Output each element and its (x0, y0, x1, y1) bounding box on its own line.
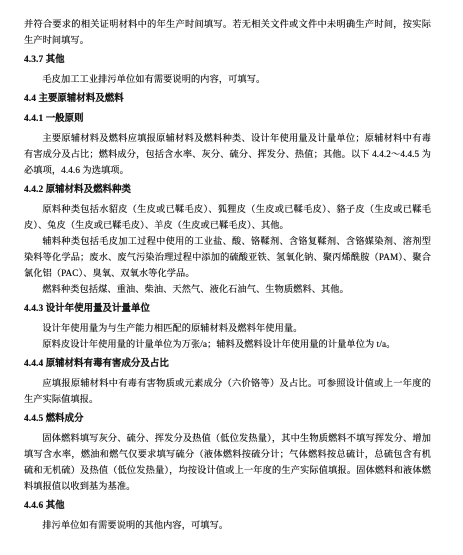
heading-4-4-3-annual-usage-units: 4.4.3 设计年使用量及计量单位 (24, 301, 431, 317)
heading-4-3-7-other: 4.3.7 其他 (24, 52, 431, 68)
heading-4-4-4-toxic-components: 4.4.4 原辅材料有毒有害成分及占比 (24, 356, 431, 372)
paragraph-continuation: 并符合要求的相关证明材料中的年生产时间填写。若无相关文件或文件中未明确生产时间，… (24, 16, 431, 48)
body-paragraph-4-4-2-raw-materials: 原料种类包括水貂皮（生皮或已鞣毛皮）、狐狸皮（生皮或已鞣毛皮）、貉子皮（生皮或已… (24, 201, 431, 233)
body-paragraph-4-3-7: 毛皮加工工业排污单位如有需要说明的内容，可填写。 (24, 71, 431, 87)
body-paragraph-4-4-4: 应填报原辅材料中有毒有害物质或元素成分（六价铬等）及占比。可参照设计值或上一年度… (24, 375, 431, 407)
heading-4-4-2-material-fuel-types: 4.4.2 原辅材料及燃料种类 (24, 182, 431, 198)
heading-4-4-main-materials-fuel: 4.4 主要原辅材料及燃料 (24, 91, 431, 107)
heading-4-4-5-fuel-composition: 4.4.5 燃料成分 (24, 411, 431, 427)
heading-4-4-1-general-principles: 4.4.1 一般原则 (24, 111, 431, 127)
body-paragraph-4-4-3-usage: 设计年使用量为与生产能力相匹配的原辅材料及燃料年使用量。 (24, 320, 431, 336)
body-paragraph-4-4-3-units: 原料皮设计年使用量的计量单位为万张/a；辅料及燃料设计年使用量的计量单位为 t/… (24, 336, 431, 352)
body-paragraph-4-4-1: 主要原辅材料及燃料应填报原辅材料及燃料种类、设计年使用量及计量单位；原辅材料中有… (24, 130, 431, 178)
heading-4-4-6-other: 4.4.6 其他 (24, 498, 431, 514)
body-paragraph-4-4-2-auxiliary-materials: 辅料种类包括毛皮加工过程中使用的工业盐、酸、铬鞣剂、含铬复鞣剂、含铬媒染剂、溶剂… (24, 233, 431, 281)
body-paragraph-4-4-5: 固体燃料填写灰分、硫分、挥发分及热值（低位发热量），其中生物质燃料不填写挥发分、… (24, 430, 431, 494)
document-page: 并符合要求的相关证明材料中的年生产时间填写。若无相关文件或文件中未明确生产时间，… (0, 0, 463, 555)
body-paragraph-4-4-6: 排污单位如有需要说明的其他内容，可填写。 (24, 517, 431, 533)
body-paragraph-4-4-2-fuel-types: 燃料种类包括煤、重油、柴油、天然气、液化石油气、生物质燃料、其他。 (24, 281, 431, 297)
